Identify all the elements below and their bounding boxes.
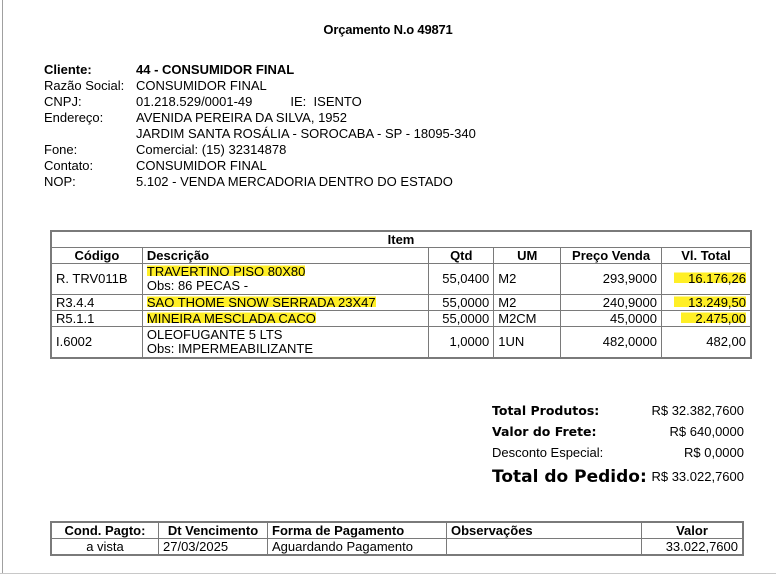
items-header-row: Código Descrição Qtd UM Preço Venda Vl. … xyxy=(51,248,751,264)
col-preco: Preço Venda xyxy=(561,248,662,264)
cliente-value: 44 - CONSUMIDOR FINAL xyxy=(136,62,294,77)
nop-value: 5.102 - VENDA MERCADORIA DENTRO DO ESTAD… xyxy=(136,174,453,189)
item-total-value: 13.249,50 xyxy=(674,295,746,310)
frete-label: Valor do Frete: xyxy=(492,421,597,442)
contato-value: CONSUMIDOR FINAL xyxy=(136,158,267,173)
contato-label: Contato: xyxy=(44,158,136,174)
cnpj-label: CNPJ: xyxy=(44,94,136,110)
item-total-value: 16.176,26 xyxy=(674,271,746,286)
col-qtd: Qtd xyxy=(429,248,494,264)
item-row: R5.1.1MINEIRA MESCLADA CACO55,0000M2CM45… xyxy=(51,311,751,327)
item-preco: 482,0000 xyxy=(561,327,662,359)
item-codigo: R. TRV011B xyxy=(51,264,142,295)
item-total-value: 482,00 xyxy=(706,334,746,349)
desconto-value: R$ 0,0000 xyxy=(684,442,744,463)
item-total: 2.475,00 xyxy=(661,311,751,327)
forma-value: Aguardando Pagamento xyxy=(268,539,447,556)
item-row: R. TRV011BTRAVERTINO PISO 80X80Obs: 86 P… xyxy=(51,264,751,295)
endereco-row: Endereço:AVENIDA PEREIRA DA SILVA, 1952 xyxy=(44,110,476,126)
payment-row: a vista 27/03/2025 Aguardando Pagamento … xyxy=(51,539,743,556)
item-total: 13.249,50 xyxy=(661,295,751,311)
frete-value: R$ 640,0000 xyxy=(670,421,744,442)
cliente-label: Cliente: xyxy=(44,62,136,78)
vencimento-value: 27/03/2025 xyxy=(159,539,268,556)
client-row: Cliente:44 - CONSUMIDOR FINAL xyxy=(44,62,476,78)
document-title: Orçamento N.o 49871 xyxy=(0,22,776,37)
endereco-row-2: JARDIM SANTA ROSÁLIA - SOROCABA - SP - 1… xyxy=(44,126,476,142)
page-bottom-border xyxy=(0,573,776,574)
col-cond-pagto: Cond. Pagto: xyxy=(51,522,159,539)
item-obs: Obs: IMPERMEABILIZANTE xyxy=(147,342,424,356)
item-total: 16.176,26 xyxy=(661,264,751,295)
item-um: M2 xyxy=(494,295,561,311)
nop-label: NOP: xyxy=(44,174,136,190)
item-um: M2CM xyxy=(494,311,561,327)
item-qtd: 1,0000 xyxy=(429,327,494,359)
item-qtd: 55,0000 xyxy=(429,311,494,327)
total-produtos-value: R$ 32.382,7600 xyxy=(651,400,744,421)
item-um: 1UN xyxy=(494,327,561,359)
item-um: M2 xyxy=(494,264,561,295)
totals-block: Total Produtos: R$ 32.382,7600 Valor do … xyxy=(492,400,744,489)
item-preco: 240,9000 xyxy=(561,295,662,311)
nop-row: NOP:5.102 - VENDA MERCADORIA DENTRO DO E… xyxy=(44,174,476,190)
col-um: UM xyxy=(494,248,561,264)
item-codigo: I.6002 xyxy=(51,327,142,359)
item-preco: 45,0000 xyxy=(561,311,662,327)
total-pedido-row: Total do Pedido: R$ 33.022,7600 xyxy=(492,463,744,489)
payment-header-row: Cond. Pagto: Dt Vencimento Forma de Paga… xyxy=(51,522,743,539)
item-descricao: TRAVERTINO PISO 80X80Obs: 86 PECAS - xyxy=(142,264,428,295)
endereco-line2: JARDIM SANTA ROSÁLIA - SOROCABA - SP - 1… xyxy=(136,126,476,141)
item-descricao-text: OLEOFUGANTE 5 LTS xyxy=(147,327,283,342)
item-descricao: MINEIRA MESCLADA CACO xyxy=(142,311,428,327)
endereco-label: Endereço: xyxy=(44,110,136,126)
frete-row: Valor do Frete: R$ 640,0000 xyxy=(492,421,744,442)
col-vencimento: Dt Vencimento xyxy=(159,522,268,539)
item-descricao-text: MINEIRA MESCLADA CACO xyxy=(147,311,316,326)
item-descricao: OLEOFUGANTE 5 LTSObs: IMPERMEABILIZANTE xyxy=(142,327,428,359)
ie-value: ISENTO xyxy=(314,94,362,109)
desconto-label: Desconto Especial: xyxy=(492,442,603,463)
fone-value: Comercial: (15) 32314878 xyxy=(136,142,286,157)
ie-label: IE: xyxy=(290,94,306,109)
page-left-border xyxy=(2,0,3,573)
cnpj-row: CNPJ:01.218.529/0001-49IE: ISENTO xyxy=(44,94,476,110)
col-observacoes: Observações xyxy=(447,522,642,539)
item-qtd: 55,0000 xyxy=(429,295,494,311)
razao-row: Razão Social:CONSUMIDOR FINAL xyxy=(44,78,476,94)
item-descricao-text: SAO THOME SNOW SERRADA 23X47 xyxy=(147,295,376,310)
razao-label: Razão Social: xyxy=(44,78,136,94)
razao-value: CONSUMIDOR FINAL xyxy=(136,78,267,93)
cond-pagto-value: a vista xyxy=(51,539,159,556)
contato-row: Contato:CONSUMIDOR FINAL xyxy=(44,158,476,174)
endereco-line1: AVENIDA PEREIRA DA SILVA, 1952 xyxy=(136,110,347,125)
item-descricao: SAO THOME SNOW SERRADA 23X47 xyxy=(142,295,428,311)
fone-label: Fone: xyxy=(44,142,136,158)
total-pedido-label: Total do Pedido: xyxy=(492,463,647,491)
item-qtd: 55,0400 xyxy=(429,264,494,295)
item-row: R3.4.4SAO THOME SNOW SERRADA 23X4755,000… xyxy=(51,295,751,311)
item-total: 482,00 xyxy=(661,327,751,359)
item-row: I.6002OLEOFUGANTE 5 LTSObs: IMPERMEABILI… xyxy=(51,327,751,359)
item-codigo: R3.4.4 xyxy=(51,295,142,311)
items-table: Item Código Descrição Qtd UM Preço Venda… xyxy=(50,230,752,359)
col-forma: Forma de Pagamento xyxy=(268,522,447,539)
col-codigo: Código xyxy=(51,248,142,264)
item-total-value: 2.475,00 xyxy=(681,311,746,326)
fone-row: Fone:Comercial: (15) 32314878 xyxy=(44,142,476,158)
col-valor: Valor xyxy=(642,522,744,539)
observacoes-value xyxy=(447,539,642,556)
desconto-row: Desconto Especial: R$ 0,0000 xyxy=(492,442,744,463)
client-info: Cliente:44 - CONSUMIDOR FINAL Razão Soci… xyxy=(44,62,476,190)
item-obs: Obs: 86 PECAS - xyxy=(147,279,424,293)
total-produtos-row: Total Produtos: R$ 32.382,7600 xyxy=(492,400,744,421)
col-total: Vl. Total xyxy=(661,248,751,264)
total-produtos-label: Total Produtos: xyxy=(492,400,599,421)
item-descricao-text: TRAVERTINO PISO 80X80 xyxy=(147,264,305,279)
col-descricao: Descrição xyxy=(142,248,428,264)
total-pedido-value: R$ 33.022,7600 xyxy=(651,463,744,491)
item-preco: 293,9000 xyxy=(561,264,662,295)
item-codigo: R5.1.1 xyxy=(51,311,142,327)
payment-table: Cond. Pagto: Dt Vencimento Forma de Paga… xyxy=(50,521,744,556)
valor-value: 33.022,7600 xyxy=(642,539,744,556)
items-caption: Item xyxy=(51,231,751,248)
cnpj-value: 01.218.529/0001-49 xyxy=(136,94,252,109)
